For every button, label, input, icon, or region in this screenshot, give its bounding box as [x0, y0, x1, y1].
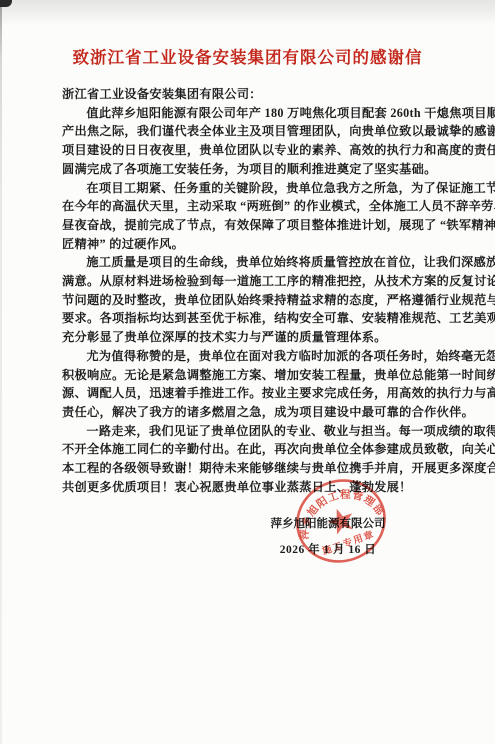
- letter-body: 浙江省工业设备安装集团有限公司： 值此萍乡旭阳能源有限公司年产 180 万吨焦化…: [62, 85, 445, 496]
- body-line: 源、调配人员，迅速着手推进工作。按业主要求完成任务，用高效的执行力与高度的: [62, 384, 445, 403]
- salutation: 浙江省工业设备安装集团有限公司：: [62, 85, 445, 104]
- stamp-star-icon: [324, 504, 357, 536]
- body-line: 要求。各项指标均达到甚至优于标准，结构安全可靠、安装精准规范、工艺美观整洁，: [62, 309, 445, 328]
- body-line: 昼夜奋战，提前完成了节点，有效保障了项目整体推进计划，展现了 “铁军精神、工: [62, 216, 445, 235]
- body-line: 在项目工期紧、任务重的关键阶段，贵单位急我方之所急，为了保证施工节点，: [62, 179, 445, 198]
- body-line: 积极响应。无论是紧急调整施工方案、增加安装工程量，贵单位总能第一时间统筹资: [62, 366, 445, 385]
- body-line: 满意。从原材料进场检验到每一道施工工序的精准把控，从技术方案的反复讨论到细: [62, 272, 445, 291]
- body-line: 匠精神” 的过硬作风。: [62, 235, 445, 254]
- body-line: 施工质量是项目的生命线，贵单位始终将质量管控放在首位，让我们深感放心与: [62, 253, 445, 272]
- body-line: 共创更多优质项目！衷心祝愿贵单位事业蒸蒸日上、蓬勃发展！: [62, 478, 445, 497]
- body-line: 责任心，解决了我方的诸多燃眉之急，成为项目建设中最可靠的合作伙伴。: [62, 403, 445, 422]
- letter-page: 致浙江省工业设备安装集团有限公司的感谢信 浙江省工业设备安装集团有限公司： 值此…: [0, 0, 495, 744]
- body-line: 一路走来，我们见证了贵单位团队的专业、敬业与担当。每一项成绩的取得，离: [62, 422, 445, 441]
- scan-haze-artifact: [0, 0, 495, 26]
- body-line: 尤为值得称赞的是，贵单位在面对我方临时加派的各项任务时，始终毫无怨言、: [62, 347, 445, 366]
- body-line: 节问题的及时整改，贵单位团队始终秉持精益求精的态度，严格遵循行业规范与设计: [62, 291, 445, 310]
- body-line: 充分彰显了贵单位深厚的技术实力与严谨的质量管理体系。: [62, 328, 445, 347]
- body-line: 本工程的各级领导致谢！期待未来能够继续与贵单位携手并肩，开展更多深度合作，: [62, 459, 445, 478]
- letter-title: 致浙江省工业设备安装集团有限公司的感谢信: [0, 44, 495, 68]
- body-line: 项目建设的日日夜夜里，贵单位团队以专业的素养、高效的执行力和高度的责任心，: [62, 141, 445, 160]
- stamp-center-text: 施工专用章: [321, 528, 377, 557]
- body-line: 不开全体施工同仁的辛勤付出。在此，再次向贵单位全体参建成员致敬，向关心支持: [62, 440, 445, 459]
- body-line: 在今年的高温伏天里，主动采取 “两班倒” 的作业模式，全体施工人员不辞辛劳、: [62, 197, 445, 216]
- body-line: 产出焦之际，我们谨代表全体业主及项目管理团队，向贵单位致以最诚挚的感谢！在: [62, 122, 445, 141]
- body-line: 值此萍乡旭阳能源有限公司年产 180 万吨焦化项目配套 260th 干熄焦项目顺…: [62, 104, 445, 123]
- scan-edge-artifact: [0, 0, 2, 744]
- body-line: 圆满完成了各项施工安装任务，为项目的顺利推进奠定了坚实基础。: [62, 160, 445, 179]
